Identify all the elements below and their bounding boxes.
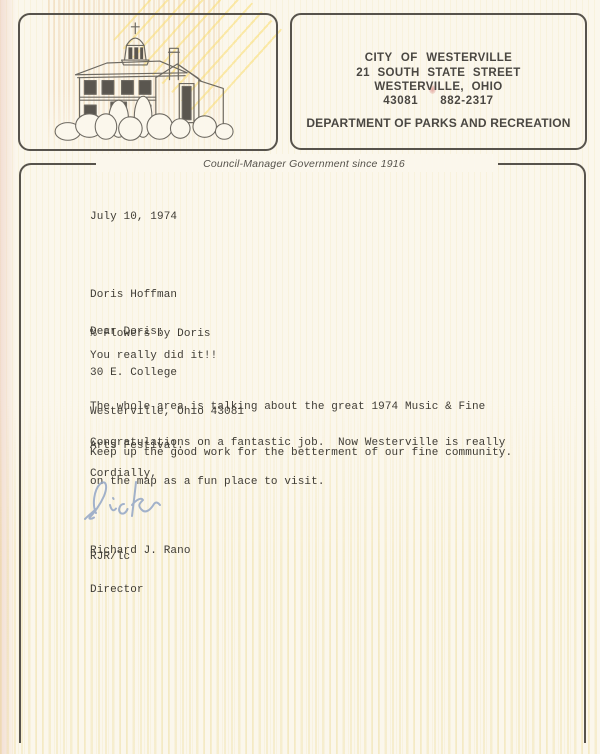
city-state: WESTERVILLE, OHIO xyxy=(292,81,585,93)
scan-edge-tint xyxy=(0,0,16,754)
street-address: 21 SOUTH STATE STREET xyxy=(292,67,585,79)
recipient-line: Doris Hoffman xyxy=(90,289,244,302)
city-hall-illustration xyxy=(48,19,248,151)
city-name: CITY OF WESTERVILLE xyxy=(292,52,585,64)
salutation: Dear Doris: xyxy=(90,326,164,339)
letter-date: July 10, 1974 xyxy=(90,211,177,224)
letterhead-seal-box xyxy=(18,13,278,151)
tagline-text: Council-Manager Government since 1916 xyxy=(189,158,405,170)
sender-title: Director xyxy=(90,584,191,597)
tagline-legend: Council-Manager Government since 1916 xyxy=(96,154,498,172)
scanned-letter-page: CITY OF WESTERVILLE 21 SOUTH STATE STREE… xyxy=(0,0,600,754)
handwritten-signature xyxy=(80,474,168,524)
reference-initials: RJR/lc xyxy=(90,551,130,564)
sender-block: Richard J. Rano Director xyxy=(90,519,191,623)
opening-line: You really did it!! xyxy=(90,350,217,363)
letterhead-address-box: CITY OF WESTERVILLE 21 SOUTH STATE STREE… xyxy=(290,13,587,150)
zip-phone-line: 43081882-2317 xyxy=(292,95,585,107)
paragraph-3: Keep up the good work for the betterment… xyxy=(90,447,512,460)
zip-code: 43081 xyxy=(383,95,418,107)
phone-number: 882-2317 xyxy=(440,95,493,107)
department-name: DEPARTMENT OF PARKS AND RECREATION xyxy=(292,116,585,130)
